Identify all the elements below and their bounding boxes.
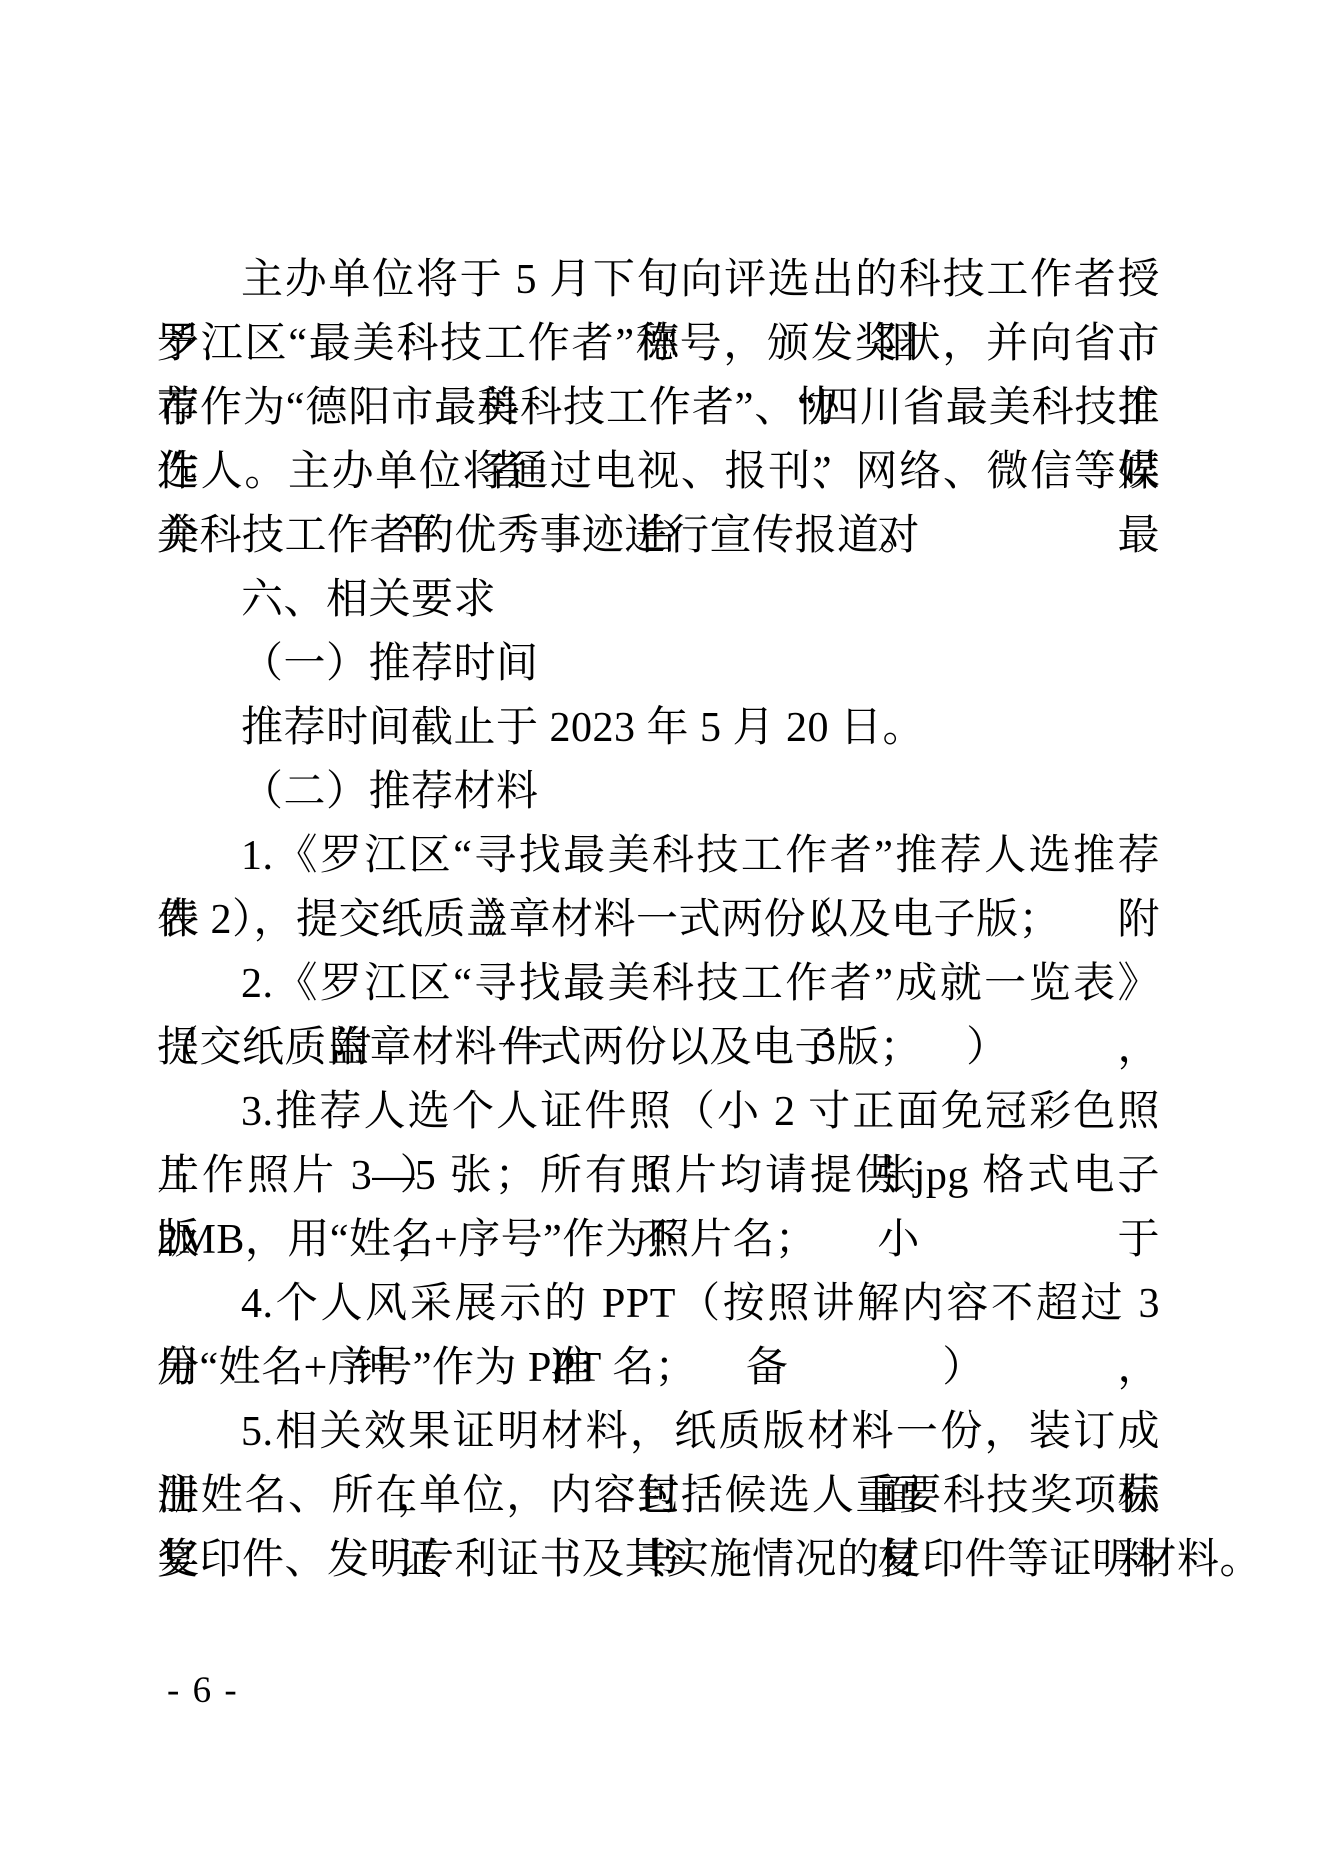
- text-line: 选人。主办单位将通过电视、报刊、网络、微信等媒介平台对最: [157, 440, 1160, 504]
- text-line: 注姓名、所在单位，内容包括候选人重要科技奖项获奖证书材料: [157, 1464, 1160, 1528]
- document-body: 主办单位将于 5 月下旬向评选出的科技工作者授予：德阳市 罗江区“最美科技工作者…: [157, 248, 1160, 1592]
- section-heading: 六、相关要求: [157, 568, 1160, 632]
- page-number: - 6 -: [167, 1670, 239, 1712]
- text-line: 罗江区“最美科技工作者”称号，颁发奖状，并向省、市科协推: [157, 312, 1160, 376]
- text-line: 主办单位将于 5 月下旬向评选出的科技工作者授予：德阳市: [157, 248, 1160, 312]
- subsection-heading: （二）推荐材料: [157, 760, 1160, 824]
- subsection-heading: （一）推荐时间: [157, 632, 1160, 696]
- list-item: 1.《罗江区“寻找最美科技工作者”推荐人选推荐表》（附: [157, 824, 1160, 888]
- text-line: 复印件、发明专利证书及其实施情况的复印件等证明材料。: [157, 1528, 1160, 1592]
- list-item: 5.相关效果证明材料，纸质版材料一份，装订成册，封面标: [157, 1400, 1160, 1464]
- text-line: 工作照片 3—5 张；所有照片均请提供 jpg 格式电子版，不小于: [157, 1144, 1160, 1208]
- document-page: 主办单位将于 5 月下旬向评选出的科技工作者授予：德阳市 罗江区“最美科技工作者…: [0, 0, 1323, 1871]
- list-item: 3.推荐人选个人证件照（小 2 寸正面免冠彩色照片）1 张、: [157, 1080, 1160, 1144]
- text-line: 件 2），提交纸质盖章材料一式两份以及电子版；: [157, 888, 1160, 952]
- list-item: 2.《罗江区“寻找最美科技工作者”成就一览表》（附件 3），: [157, 952, 1160, 1016]
- list-item: 4.个人风采展示的 PPT（按照讲解内容不超过 3 分钟准备），: [157, 1272, 1160, 1336]
- text-line: 推荐时间截止于 2023 年 5 月 20 日。: [157, 696, 1160, 760]
- text-line: 荐作为“德阳市最美科技工作者”、“四川省最美科技工作者”候: [157, 376, 1160, 440]
